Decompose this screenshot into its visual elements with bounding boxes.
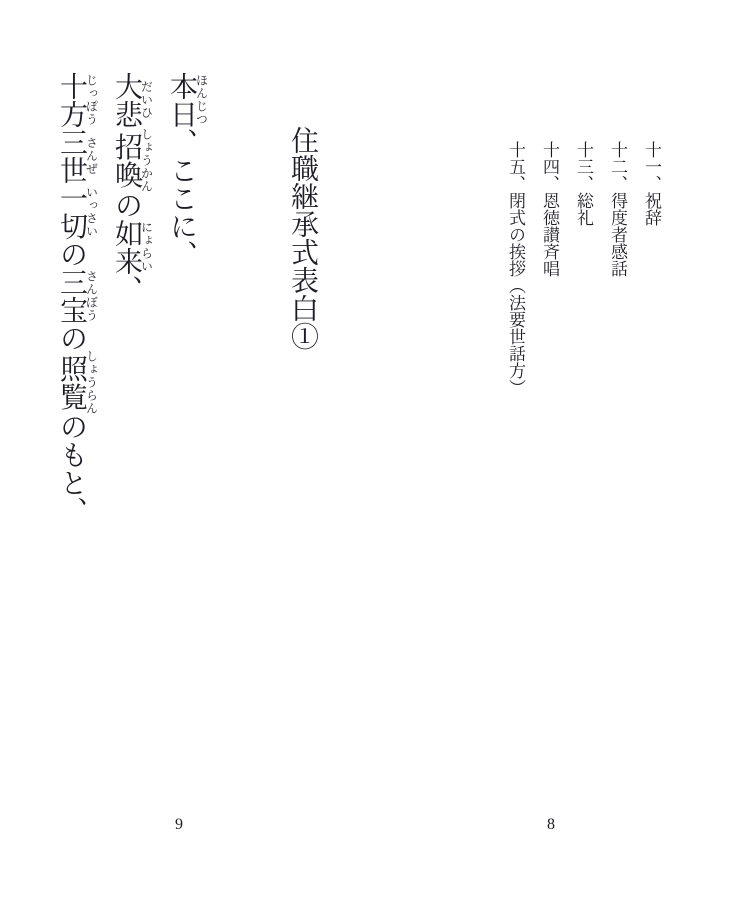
agenda-item: 十一、祝辞: [634, 141, 668, 431]
agenda-list: 十一、祝辞十二、得度者感話十三、総礼十四、恩徳讃斉唱十五、閉式の挨拶（法要世話方…: [498, 141, 668, 431]
page-number-left: 9: [175, 816, 183, 834]
proclamation-line: 本日ほんじつ、ここに、: [154, 72, 209, 572]
agenda-item: 十三、総礼: [566, 141, 600, 431]
ruby-annotated-word: 一切いっさい: [56, 184, 87, 240]
agenda-item: 十四、恩徳讃斉唱: [532, 141, 566, 431]
agenda-item: 十五、閉式の挨拶（法要世話方）: [498, 141, 532, 431]
page-title: 住職継承式表白①: [287, 126, 317, 386]
ruby-annotated-word: 照覧しょうらん: [56, 352, 87, 413]
ruby-annotated-word: 十方じっぽう: [56, 72, 87, 128]
proclamation-line: 十方じっぽう三世さんぜ一切いっさいの三宝さんぼうの照覧しょうらんのもと、: [44, 72, 99, 572]
ruby-annotated-word: 本日ほんじつ: [166, 72, 197, 128]
ruby-annotated-word: 大悲だいひ: [111, 72, 142, 128]
proclamation-line: 大悲だいひ招喚しょうかんの如来にょらい、: [99, 72, 154, 572]
ruby-annotated-word: 三世さんぜ: [56, 128, 87, 184]
ruby-annotated-word: 三宝さんぼう: [56, 268, 87, 324]
agenda-item: 十二、得度者感話: [600, 141, 634, 431]
page-number-right: 8: [547, 816, 555, 834]
ruby-annotated-word: 如来にょらい: [111, 219, 142, 275]
proclamation-text: 本日ほんじつ、ここに、大悲だいひ招喚しょうかんの如来にょらい、十方じっぽう三世さ…: [44, 72, 209, 572]
ruby-annotated-word: 招喚しょうかん: [111, 128, 142, 191]
